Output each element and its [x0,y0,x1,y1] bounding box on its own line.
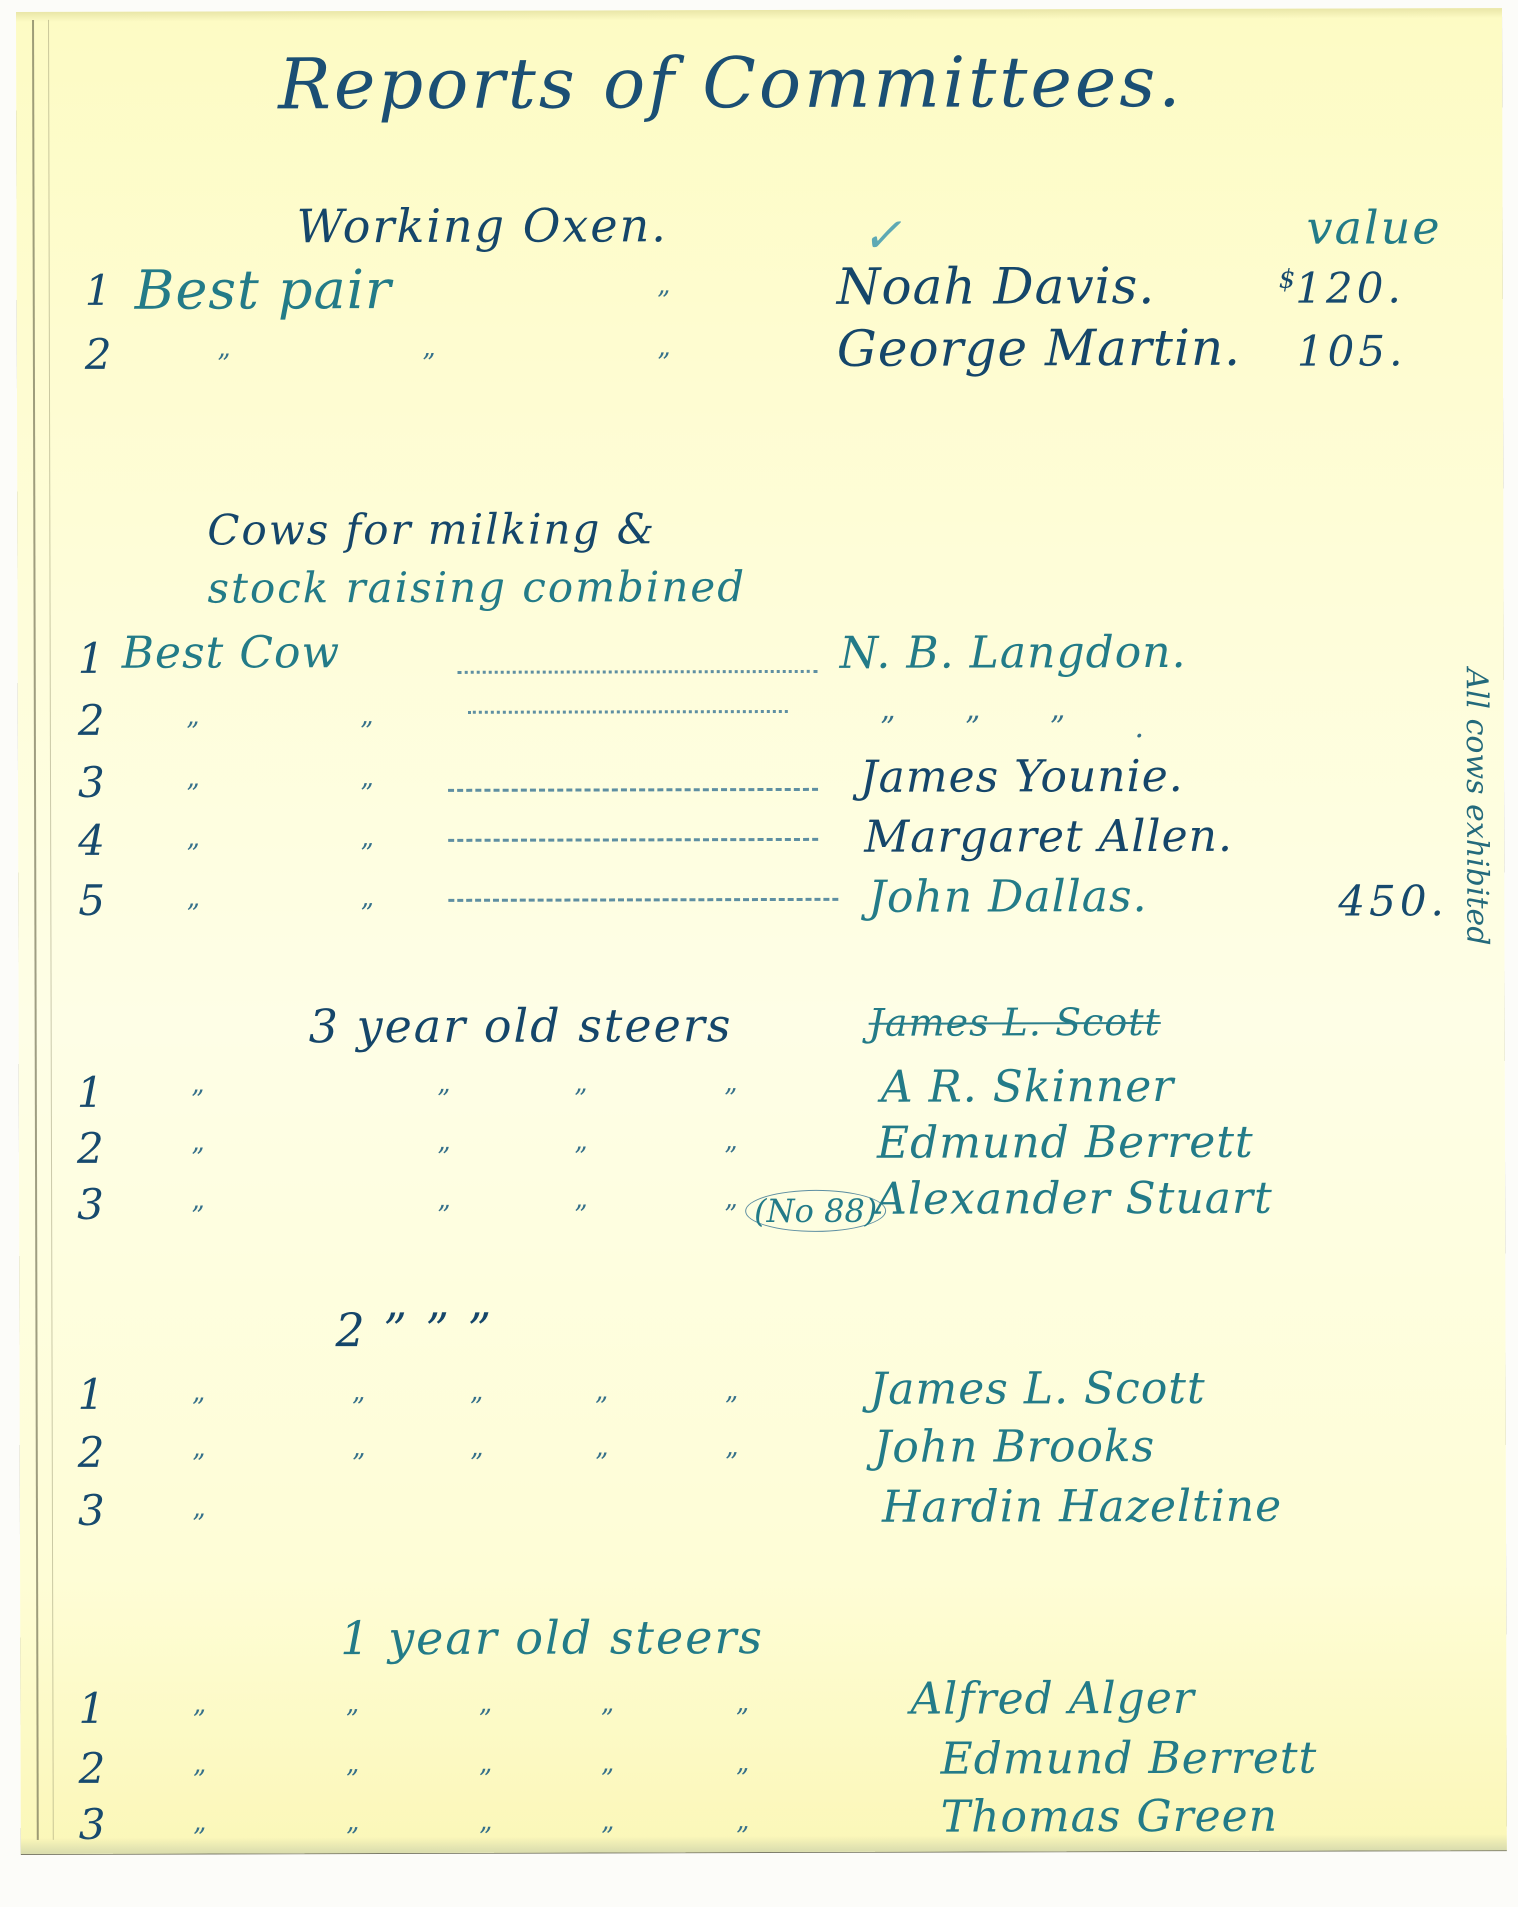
ditto-mark: ” [574,1087,587,1113]
ditto-mark: ” [657,288,670,314]
ditto-mark: ” [186,720,199,746]
ditto-mark: ” [352,1395,365,1421]
prize-value: $120. [1279,266,1405,309]
ditto-mark: ” [191,1088,204,1114]
rank-number: 2 [78,700,105,742]
rank-number: 1 [85,270,112,312]
ditto-mark: ” [192,1708,205,1734]
ditto-mark: ” [724,1086,737,1112]
ditto-mark: ” [601,1824,614,1850]
ditto-mark: ” [595,1394,608,1420]
entry-row: 1 Best Cow N. B. Langdon. [16,8,1502,12]
value-column-header: value [1307,204,1442,250]
ditto-mark: ” [479,1767,492,1793]
struck-out-name: James L. Scott [869,1003,1161,1042]
entry-row: 3 ” ” ” ” ” Thomas Green [16,8,1502,12]
ditto-mark: ” [736,1766,749,1792]
entry-row: 4 ” ” Margaret Allen. [16,8,1502,12]
section-heading-working-oxen: Working Oxen. [297,202,668,249]
ditto-mark: ” [346,1825,359,1851]
section-heading-cows-line2: stock raising combined [207,566,746,609]
rank-number: 3 [78,762,105,804]
ditto-mark: ” [186,842,199,868]
ditto-mark: ” [192,1452,205,1478]
ditto-mark: ” [437,1087,450,1113]
entry-row: 5 ” ” John Dallas. 450. [16,8,1502,12]
entry-row: 1 ” ” ” ” ” James L. Scott [16,8,1502,12]
ditto-mark: ” [217,351,230,377]
ditto-mark: ” [186,902,199,928]
margin-rule-inner [48,20,54,1840]
exhibitor-name: Edmund Berrett [941,1737,1318,1782]
exhibitor-name: Margaret Allen. [864,815,1233,860]
rank-number: 1 [78,638,105,680]
dashed-leader [448,788,818,792]
ditto-mark: ” [574,1145,587,1171]
margin-rule [32,20,39,1840]
ditto-mark: ” [360,841,373,867]
exhibitor-name: A R. Skinner [881,1065,1175,1110]
section-heading-2yr-steers: 2 ” ” ” [335,1307,493,1353]
ditto-mark: ” [191,1204,204,1230]
marginal-note: All cows exhibited [1459,668,1495,945]
entry-row: 2 ” ” ” ” ” Edmund Berrett [16,8,1502,12]
ditto-mark: ” [601,1766,614,1792]
ditto-mark: ” [478,1707,491,1733]
entry-row: 1 ” ” ” ” A R. Skinner [16,8,1502,12]
dotted-leader [458,670,818,674]
exhibitor-name: Thomas Green [941,1795,1278,1840]
rank-number: 5 [78,880,105,922]
rank-number: 3 [79,1804,106,1846]
scanned-page: Reports of Committees. Working Oxen. ✓ v… [0,0,1518,1907]
ditto-mark: ” [657,350,670,376]
ditto-mark: ” [352,1451,365,1477]
ditto-mark: ” [192,1396,205,1422]
ditto-mark: ” [193,1768,206,1794]
ditto-mark: ” [724,1202,737,1228]
ditto-mark: ” [724,1144,737,1170]
entry-label: Best Cow [122,631,341,676]
exhibitor-name: John Dallas. [868,875,1147,920]
prize-value: 450. [1338,880,1448,922]
ditto-mark: ” [470,1451,483,1477]
section-heading-3yr-steers: 3 year old steers [309,1002,733,1049]
ditto-mark: ” [191,1146,204,1172]
ditto-mark: ” [193,1826,206,1852]
ditto-mark: ” [574,1203,587,1229]
exhibitor-name: Edmund Berrett [877,1121,1254,1166]
ditto-mark: ” [437,1203,450,1229]
ditto-mark: ” [735,1706,748,1732]
ditto-mark: ” [600,1706,613,1732]
ledger-page: Reports of Committees. Working Oxen. ✓ v… [16,8,1507,1854]
ditto-mark: ” [345,1707,358,1733]
check-mark-icon: ✓ [862,208,902,264]
exhibitor-name: Alfred Alger [910,1677,1195,1722]
section-heading-1yr-steers: 1 year old steers [340,1614,764,1661]
exhibitor-name: James Younie. [860,755,1184,800]
exhibitor-name: John Brooks [874,1425,1156,1470]
entry-label: Best pair [135,263,392,318]
entry-row: 2 ” ” ” ” ” . [16,8,1502,12]
section-heading-cows-line1: Cows for milking & [207,508,656,551]
entry-row: 3 ” Hardin Hazeltine [16,8,1502,12]
ditto-mark: ” [437,1145,450,1171]
ditto-mark: ” [470,1395,483,1421]
entry-row: 2 ” ” ” ” Edmund Berrett [16,8,1502,12]
ditto-mark: ” [360,901,373,927]
value-amount: 120. [1295,263,1405,312]
rank-number: 4 [78,820,105,862]
dashed-leader [448,898,838,902]
ditto-mark: ” [422,351,435,377]
rank-number: 3 [77,1184,104,1226]
ditto-mark: ” [725,1450,738,1476]
prize-value: 105. [1297,330,1407,372]
entry-row: 1 Best pair ” Noah Davis. $120. [16,8,1502,12]
rank-number: 3 [78,1490,105,1532]
exhibitor-name: Alexander Stuart [875,1177,1273,1222]
rank-number: 2 [77,1128,104,1170]
rank-number: 1 [78,1688,105,1730]
ditto-mark: ” [736,1824,749,1850]
ditto-mark: ” [346,1767,359,1793]
entry-row: 3 ” ” ” ” (No 88) Alexander Stuart [16,8,1502,12]
entry-row: 1 ” ” ” ” ” Alfred Alger [16,8,1502,12]
exhibitor-name: N. B. Langdon. [840,631,1187,676]
exhibitor-name: Noah Davis. [837,261,1156,312]
currency-symbol: $ [1279,265,1296,295]
dotted-leader [468,710,788,714]
entry-number-note: (No 88) [745,1190,886,1232]
entry-row: 3 ” ” James Younie. [16,8,1502,12]
exhibitor-name-ditto: ” ” ” . [880,713,1174,744]
ditto-mark: ” [360,781,373,807]
ditto-mark: ” [360,719,373,745]
page-title: Reports of Committees. [278,47,1183,119]
exhibitor-name: George Martin. [837,323,1241,374]
ditto-mark: ” [192,1512,205,1538]
rank-number: 1 [77,1072,104,1114]
entry-row: 2 ” ” ” George Martin. 105. [16,8,1502,12]
ditto-mark: ” [186,782,199,808]
dashed-leader [448,838,818,842]
rank-number: 2 [78,1432,105,1474]
ditto-mark: ” [725,1394,738,1420]
ditto-mark: ” [479,1825,492,1851]
entry-row: 2 ” ” ” ” ” John Brooks [16,8,1502,12]
exhibitor-name: James L. Scott [870,1367,1206,1412]
exhibitor-name: Hardin Hazeltine [882,1485,1282,1530]
ditto-mark: ” [595,1450,608,1476]
rank-number: 2 [85,334,112,376]
rank-number: 1 [78,1374,105,1416]
rank-number: 2 [79,1748,106,1790]
